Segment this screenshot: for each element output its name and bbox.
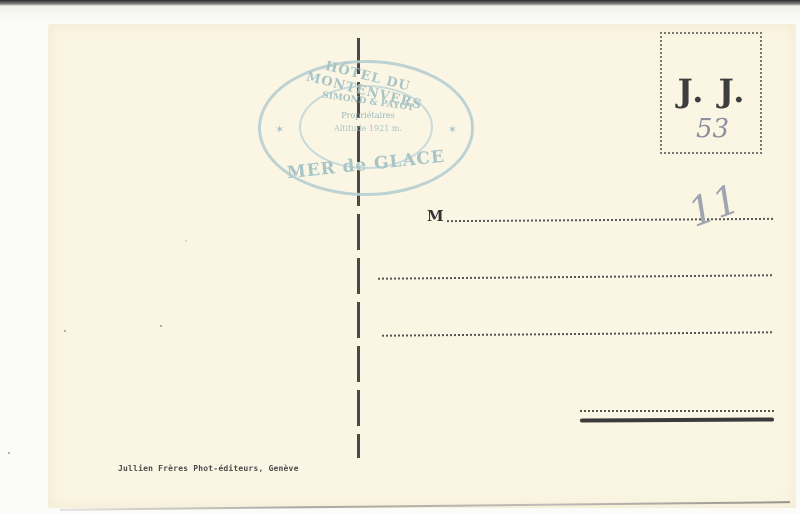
speck [8,452,10,454]
speck [185,240,187,242]
star-icon: ✶ [448,123,457,136]
speck [64,330,66,332]
handwritten-number: 53 [696,114,729,144]
publisher-imprint: Jullien Frères Phot-éditeurs, Genève [118,464,299,473]
scan-background [0,6,800,20]
postage-stamp-box: J. J. 53 [660,32,762,154]
stamp-altitude: Altitude 1921 m. [313,124,423,133]
star-icon: ✶ [275,123,284,136]
stamp-box-initials: J. J. [672,72,752,110]
speck [160,325,162,327]
address-line-4 [580,410,774,412]
stamp-proprietors-label: Propriétaires [313,111,423,120]
address-prefix: M [427,207,444,225]
hotel-cachet-stamp: HÔTEL DU MONTENVERS ✶ ✶ SIMOND & PAYOT P… [258,60,474,196]
